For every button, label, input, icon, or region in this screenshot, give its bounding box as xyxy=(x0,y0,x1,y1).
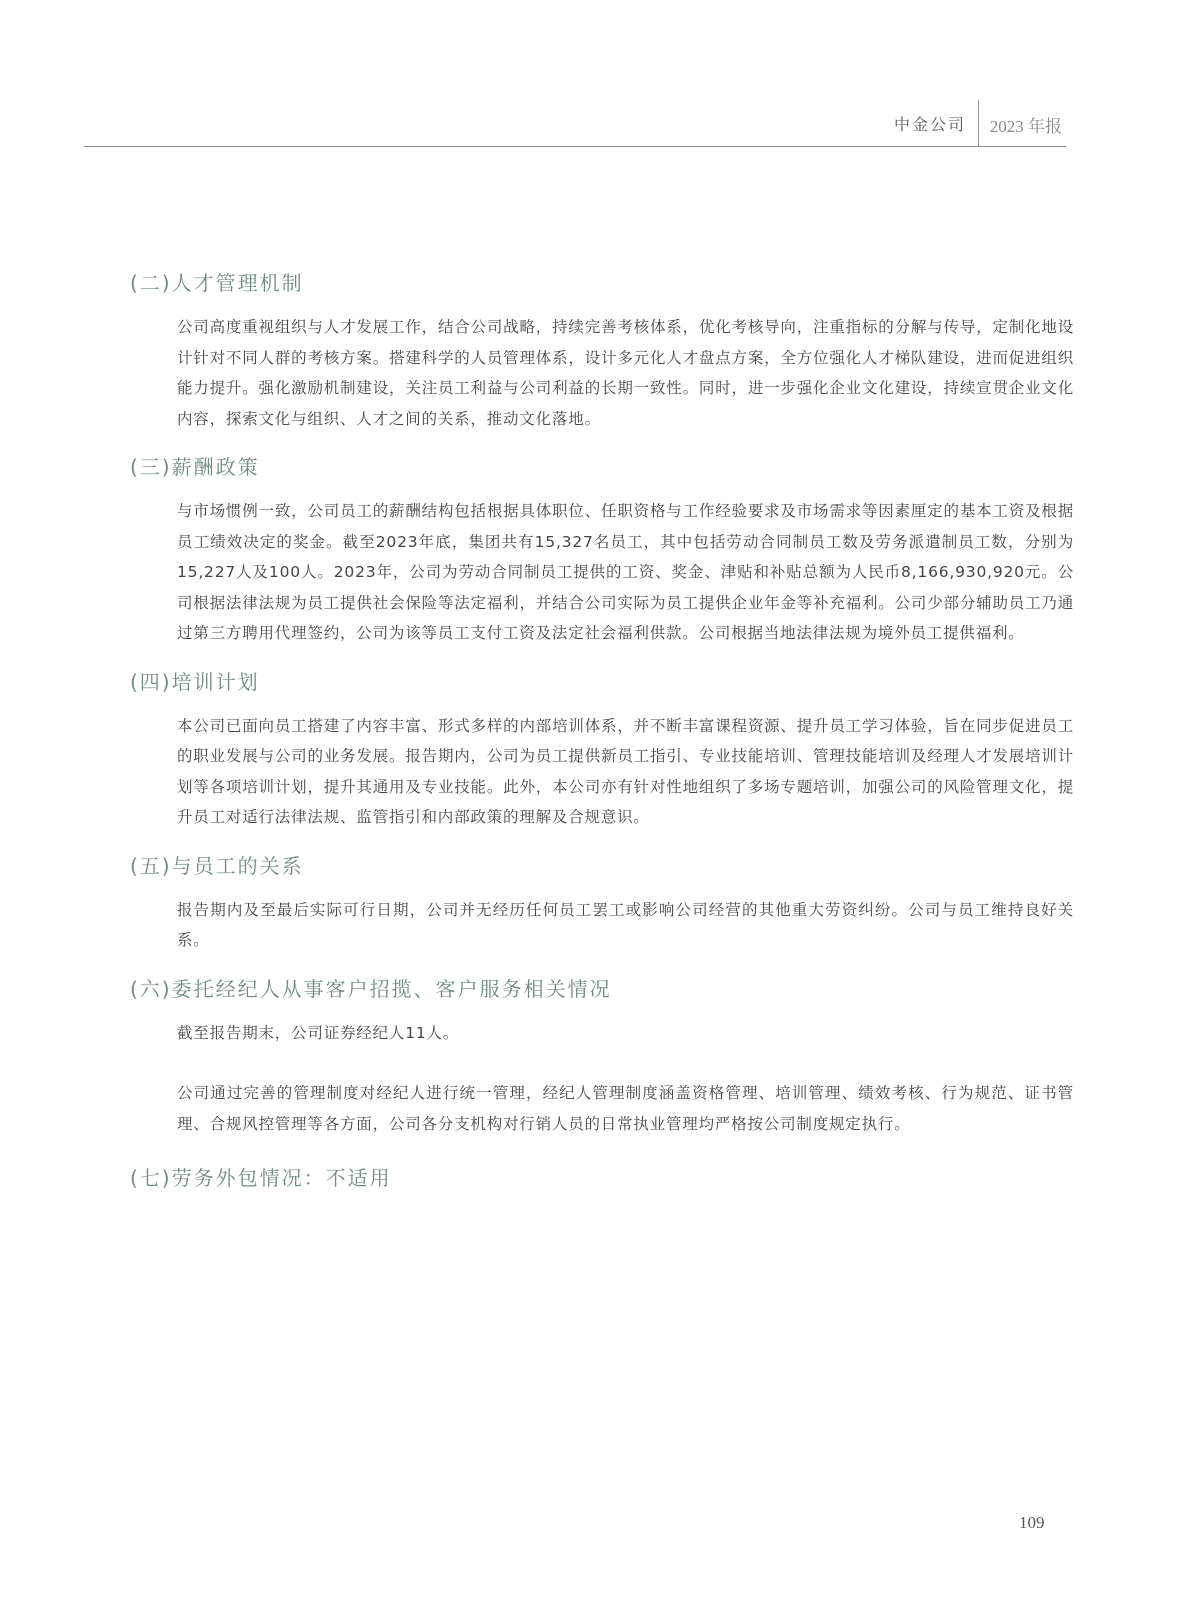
paragraph: 公司高度重视组织与人才发展工作，结合公司战略，持续完善考核体系，优化考核导向，注… xyxy=(177,312,1074,434)
page-number: 109 xyxy=(1019,1513,1045,1533)
section-title: (四)培训计划 xyxy=(130,667,1080,697)
company-name: 中金公司 xyxy=(894,112,966,135)
section-training: (四)培训计划 本公司已面向员工搭建了内容丰富、形式多样的内部培训体系，并不断丰… xyxy=(130,667,1080,833)
section-brokers: (六)委托经纪人从事客户招揽、客户服务相关情况 截至报告期末，公司证券经纪人11… xyxy=(130,974,1080,1140)
section-title: (三)薪酬政策 xyxy=(130,452,1080,482)
section-title: (六)委托经纪人从事客户招揽、客户服务相关情况 xyxy=(130,974,1080,1004)
header-divider xyxy=(978,100,979,146)
paragraph: 截至报告期末，公司证券经纪人11人。 xyxy=(177,1018,1074,1049)
section-employee-relations: (五)与员工的关系 报告期内及至最后实际可行日期，公司并无经历任何员工罢工或影响… xyxy=(130,851,1080,956)
page-header: 中金公司 2023 年报 xyxy=(84,100,1066,147)
section-talent-management: (二)人才管理机制 公司高度重视组织与人才发展工作，结合公司战略，持续完善考核体… xyxy=(130,268,1080,434)
section-compensation: (三)薪酬政策 与市场惯例一致，公司员工的薪酬结构包括根据具体职位、任职资格与工… xyxy=(130,452,1080,649)
paragraph: 公司通过完善的管理制度对经纪人进行统一管理，经纪人管理制度涵盖资格管理、培训管理… xyxy=(177,1078,1074,1139)
section-title: (七)劳务外包情况：不适用 xyxy=(130,1163,1080,1193)
section-outsourcing: (七)劳务外包情况：不适用 xyxy=(130,1163,1080,1193)
page-content: (二)人才管理机制 公司高度重视组织与人才发展工作，结合公司战略，持续完善考核体… xyxy=(130,268,1080,1207)
paragraph: 本公司已面向员工搭建了内容丰富、形式多样的内部培训体系，并不断丰富课程资源、提升… xyxy=(177,711,1074,833)
paragraph: 与市场惯例一致，公司员工的薪酬结构包括根据具体职位、任职资格与工作经验要求及市场… xyxy=(177,496,1074,649)
section-title: (二)人才管理机制 xyxy=(130,268,1080,298)
paragraph: 报告期内及至最后实际可行日期，公司并无经历任何员工罢工或影响公司经营的其他重大劳… xyxy=(177,895,1074,956)
section-title: (五)与员工的关系 xyxy=(130,851,1080,881)
report-title: 2023 年报 xyxy=(990,112,1062,137)
